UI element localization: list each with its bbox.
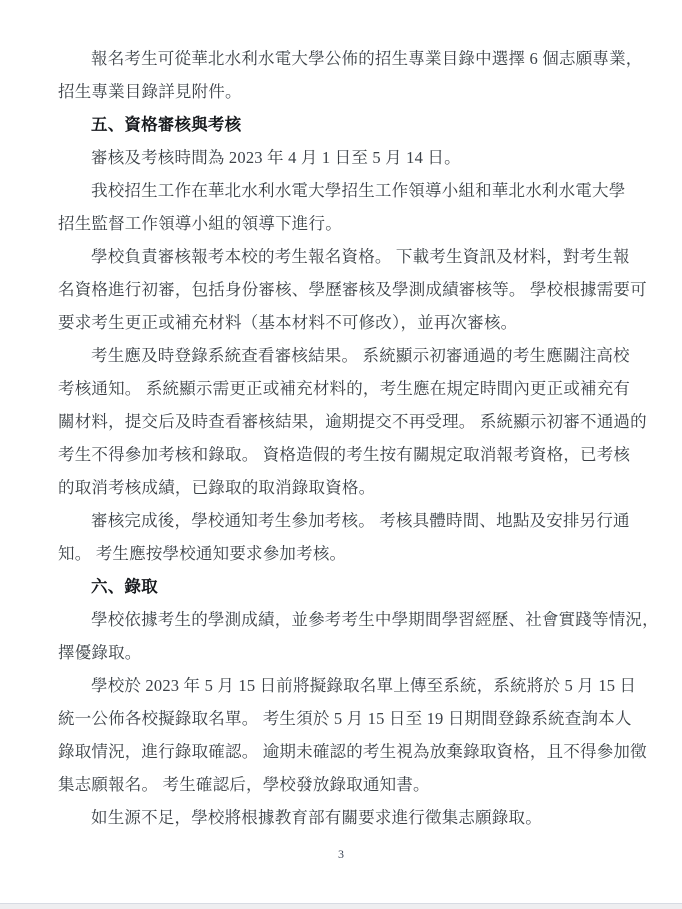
paragraph: 審核完成後，學校通知考生參加考核。 考核具體時間、地點及安排另行通知。 考生應按… <box>58 504 630 570</box>
text-line: 的取消考核成績，已錄取的取消錄取資格。 <box>58 471 630 504</box>
paragraph: 報名考生可從華北水利水電大學公佈的招生專業目錄中選擇 6 個志願專業，招生專業目… <box>58 42 630 108</box>
heading-line: 六、錄取 <box>58 570 630 603</box>
text-line: 報名考生可從華北水利水電大學公佈的招生專業目錄中選擇 6 個志願專業， <box>58 42 630 75</box>
text-line: 如生源不足，學校將根據教育部有關要求進行徵集志願錄取。 <box>58 801 630 834</box>
text-line: 我校招生工作在華北水利水電大學招生工作領導小組和華北水利水電大學 <box>58 174 630 207</box>
text-line: 學校於 2023 年 5 月 15 日前將擬錄取名單上傳至系統，系統將於 5 月… <box>58 669 630 702</box>
text-line: 審核完成後，學校通知考生參加考核。 考核具體時間、地點及安排另行通 <box>58 504 630 537</box>
text-line: 統一公佈各校擬錄取名單。 考生須於 5 月 15 日至 19 日期間登錄系統查詢… <box>58 702 630 735</box>
text-line: 關材料，提交后及時查看審核結果，逾期提交不再受理。 系統顯示初審不通過的 <box>58 405 630 438</box>
paragraph: 學校負責審核報考本校的考生報名資格。 下載考生資訊及材料，對考生報名資格進行初審… <box>58 240 630 339</box>
text-line: 擇優錄取。 <box>58 636 630 669</box>
text-line: 學校負責審核報考本校的考生報名資格。 下載考生資訊及材料，對考生報 <box>58 240 630 273</box>
paragraph: 審核及考核時間為 2023 年 4 月 1 日至 5 月 14 日。 <box>58 141 630 174</box>
section-heading: 六、錄取 <box>58 570 630 603</box>
text-line: 名資格進行初審，包括身份審核、學歷審核及學測成績審核等。 學校根據需要可 <box>58 273 630 306</box>
text-line: 要求考生更正或補充材料（基本材料不可修改），並再次審核。 <box>58 306 630 339</box>
paragraph: 學校於 2023 年 5 月 15 日前將擬錄取名單上傳至系統，系統將於 5 月… <box>58 669 630 801</box>
page-footer: 3 <box>0 845 682 863</box>
text-line: 知。 考生應按學校通知要求參加考核。 <box>58 537 630 570</box>
text-line: 考生不得參加考核和錄取。 資格造假的考生按有關規定取消報考資格，已考核 <box>58 438 630 471</box>
text-line: 學校依據考生的學測成績，並參考考生中學期間學習經歷、社會實踐等情況， <box>58 603 630 636</box>
text-line: 招生監督工作領導小組的領導下進行。 <box>58 207 630 240</box>
document-page: 報名考生可從華北水利水電大學公佈的招生專業目錄中選擇 6 個志願專業，招生專業目… <box>0 0 682 909</box>
text-line: 審核及考核時間為 2023 年 4 月 1 日至 5 月 14 日。 <box>58 141 630 174</box>
heading-line: 五、資格審核與考核 <box>58 108 630 141</box>
text-line: 錄取情況，進行錄取確認。 逾期未確認的考生視為放棄錄取資格，且不得參加徵 <box>58 735 630 768</box>
paragraph: 如生源不足，學校將根據教育部有關要求進行徵集志願錄取。 <box>58 801 630 834</box>
paragraph: 學校依據考生的學測成績，並參考考生中學期間學習經歷、社會實踐等情況，擇優錄取。 <box>58 603 630 669</box>
paragraph: 我校招生工作在華北水利水電大學招生工作領導小組和華北水利水電大學招生監督工作領導… <box>58 174 630 240</box>
paragraph: 考生應及時登錄系統查看審核結果。 系統顯示初審通過的考生應關注高校考核通知。 系… <box>58 339 630 504</box>
section-heading: 五、資格審核與考核 <box>58 108 630 141</box>
page-boundary <box>0 903 682 909</box>
document-body: 報名考生可從華北水利水電大學公佈的招生專業目錄中選擇 6 個志願專業，招生專業目… <box>58 42 630 834</box>
text-line: 考核通知。 系統顯示需更正或補充材料的，考生應在規定時間內更正或補充有 <box>58 372 630 405</box>
text-line: 考生應及時登錄系統查看審核結果。 系統顯示初審通過的考生應關注高校 <box>58 339 630 372</box>
text-line: 招生專業目錄詳見附件。 <box>58 75 630 108</box>
text-line: 集志願報名。 考生確認后，學校發放錄取通知書。 <box>58 768 630 801</box>
page-number: 3 <box>338 847 344 861</box>
